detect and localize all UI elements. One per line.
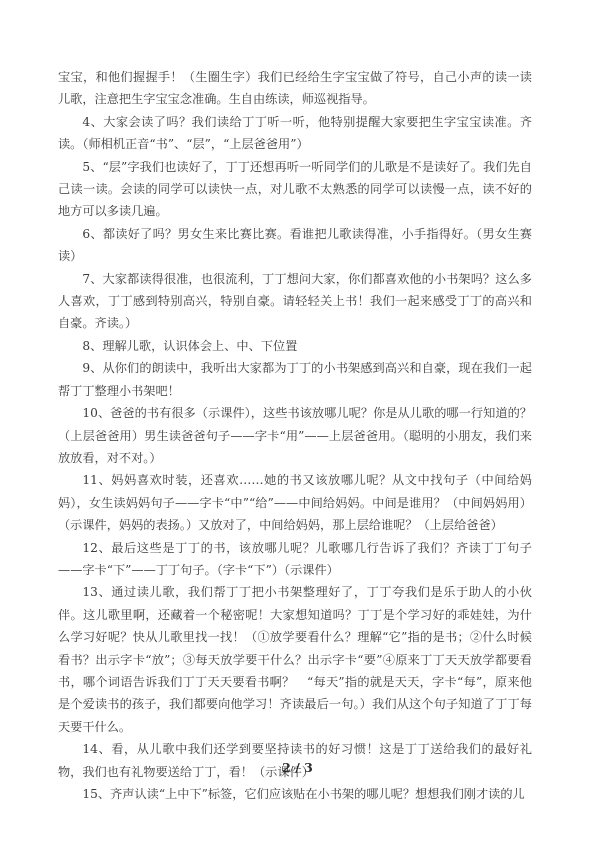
paragraph: 4、大家会读了吗？我们读给丁丁听一听，他特别提醒大家要把生字宝宝读准。齐读。（师… (58, 111, 532, 156)
paragraph: 宝宝，和他们握握手！（生圈生字）我们已经给生字宝宝做了符号，自己小声的读一读儿歌… (58, 66, 532, 111)
paragraph: 8、理解儿歌，认识体会上、中、下位置 (58, 335, 532, 357)
paragraph: 6、都读好了吗？男女生来比赛比赛。看谁把儿歌读得准，小手指得好。（男女生赛读） (58, 223, 532, 268)
paragraph: 11、妈妈喜欢时装，还喜欢……她的书又该放哪儿呢？从文中找句子（中间给妈妈），女… (58, 469, 532, 536)
lesson-plan-text: 宝宝，和他们握握手！（生圈生字）我们已经给生字宝宝做了符号，自己小声的读一读儿歌… (58, 66, 532, 805)
page-number: 2 / 3 (0, 760, 595, 775)
paragraph: 9、从你们的朗读中，我听出大家都为丁丁的小书架感到高兴和自豪，现在我们一起帮丁丁… (58, 357, 532, 402)
paragraph: 13、通过读儿歌，我们帮丁丁把小书架整理好了，丁丁夸我们是乐于助人的小伙伴。这儿… (58, 581, 532, 738)
paragraph: 15、齐声认读“上中下”标签，它们应该贴在小书架的哪儿呢？想想我们刚才读的儿 (58, 783, 532, 805)
paragraph: 5、“层”字我们也读好了，丁丁还想再听一听同学们的儿歌是不是读好了。我们先自己读… (58, 156, 532, 223)
paragraph: 7、大家都读得很准，也很流利，丁丁想问大家，你们都喜欢他的小书架吗？这么多人喜欢… (58, 268, 532, 335)
paragraph: 10、爸爸的书有很多（示课件），这些书该放哪儿呢？你是从儿歌的哪一行知道的？（上… (58, 402, 532, 469)
paragraph: 12、最后这些是丁丁的书，该放哪儿呢？儿歌哪几行告诉了我们？齐读丁丁句子——字卡… (58, 537, 532, 582)
document-page: 宝宝，和他们握握手！（生圈生字）我们已经给生字宝宝做了符号，自己小声的读一读儿歌… (0, 0, 595, 841)
